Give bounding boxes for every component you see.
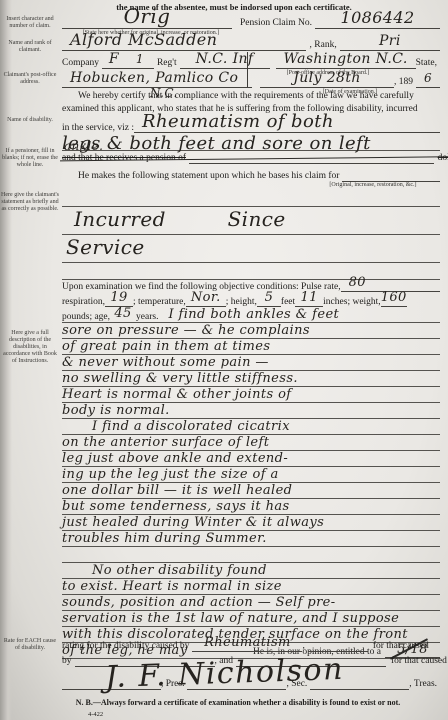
- certification-paragraph: We hereby certify that in compliance wit…: [62, 90, 440, 151]
- rating-disability-field: Rheumatism: [192, 633, 302, 652]
- board-po-field: Washington N.C.: [276, 50, 416, 69]
- temperature-field: Nor.: [186, 288, 226, 307]
- finding-line-5: Heart is normal & other joints of: [62, 387, 440, 403]
- respiration-label: respiration,: [62, 297, 105, 307]
- margin-label-disability: Name of disability.: [1, 117, 59, 124]
- claimant-name-value: Alford McSadden: [70, 30, 217, 49]
- regiment-field: N.C. Inf: [180, 50, 270, 69]
- exam-date-field: July 28th: [260, 69, 394, 88]
- statement-rule-2: Service: [62, 235, 440, 263]
- respiration-value: 19: [110, 290, 127, 305]
- finding-line-10: ing up the leg just the size of a: [62, 467, 440, 483]
- footer-note: N. B.—Always forward a certificate of ex…: [36, 698, 440, 707]
- finding-line-13: just healed during Winter & it always: [62, 515, 440, 531]
- height-label: ; height,: [226, 297, 257, 307]
- rank-field: Pri: [340, 32, 440, 51]
- finding-line-18: sounds, position and action — Self pre-: [62, 595, 440, 611]
- pension-claim-number-value: 1086442: [340, 8, 414, 27]
- finding-line-15: [62, 547, 440, 563]
- regiment-number-field: 1: [126, 50, 154, 69]
- feet-label: feet: [281, 297, 295, 307]
- statement-rule-1: Incurred Since: [62, 207, 440, 235]
- company-row: Company F 1 Reg't N.C. Inf Washington N.…: [62, 52, 440, 69]
- treas-signature-field: [310, 689, 409, 690]
- finding-line-1: sore on pressure — & he complains: [62, 323, 440, 339]
- disability-field-1: Rheumatism of both: [134, 111, 440, 133]
- disability-value-1: Rheumatism of both: [142, 111, 334, 132]
- claim-basis-hint: [Original, increase, restoration, &c.]: [308, 182, 438, 188]
- height-inches-value: 11: [301, 290, 318, 305]
- treas-label: , Treas.: [409, 679, 440, 690]
- finding-line-19: servation is the 1st law of nature, and …: [62, 611, 440, 627]
- finding-line-11: one dollar bill — it is well healed: [62, 483, 440, 499]
- weight-field: 160: [381, 288, 407, 307]
- finding-line-2: of great pain in them at times: [62, 339, 440, 355]
- form-number: 4-422: [88, 711, 103, 718]
- pension-examination-form: the name of the absentee, must be indors…: [0, 0, 448, 14]
- pension-claim-label: Pension Claim No.: [232, 18, 315, 29]
- margin-label-name-rank: Name and rank of claimant.: [1, 40, 59, 54]
- finding-line-0: I find both ankles & feet: [158, 307, 339, 322]
- for-that-caused-by-label: for that caused by: [386, 656, 448, 667]
- age-value: 45: [114, 306, 131, 321]
- pension-amount-field: [189, 163, 434, 164]
- certify-line-3: in the service, viz :: [62, 123, 134, 133]
- regiment-label: Reg't: [154, 58, 180, 69]
- rating-row-1: rating for the disability caused by Rheu…: [62, 638, 440, 652]
- temperature-label: ; temperature,: [133, 297, 186, 307]
- pension-clause-a: and that he receives a pension of: [62, 153, 189, 164]
- margin-label-claim: Insert character and number of claim.: [1, 16, 59, 30]
- claimant-name-field: Alford McSadden: [62, 30, 306, 51]
- finding-line-6: body is normal.: [62, 403, 440, 419]
- claim-number-row: Orig Pension Claim No. 1086442: [62, 10, 440, 29]
- pension-clause-b: dollars per month.: [434, 153, 448, 164]
- height-feet-field: 5: [257, 288, 281, 307]
- state-label: State,: [416, 58, 440, 69]
- margin-label-address: Claimant's post-office address.: [1, 72, 59, 86]
- year-prefix: , 189: [394, 77, 416, 88]
- regiment-number-value: 1: [136, 52, 144, 66]
- rank-value: Pri: [379, 33, 401, 49]
- finding-line-3: & never without some pain —: [62, 355, 440, 371]
- finding-line-9: leg just above ankle and extend-: [62, 451, 440, 467]
- height-feet-value: 5: [265, 290, 274, 305]
- temperature-value: Nor.: [191, 290, 221, 305]
- board-po-value: Washington N.C.: [284, 51, 408, 67]
- caused-by-label: rating for the disability caused by: [62, 641, 192, 652]
- disability-line-2: legs & both feet and sore on left: [62, 133, 440, 151]
- year-digit-field: 6: [416, 69, 440, 88]
- claim-basis-text: He makes the following statement upon wh…: [62, 171, 342, 182]
- finding-line-8: on the anterior surface of left: [62, 435, 440, 451]
- examination-section: Upon examination we find the following o…: [62, 277, 440, 659]
- name-rank-row: Alford McSadden , Rank, Pri: [62, 33, 440, 51]
- claim-basis-row: He makes the following statement upon wh…: [62, 168, 440, 182]
- margin-label-rate: Rate for EACH cause of disability.: [1, 638, 59, 652]
- pension-claim-number-field: 1086442: [315, 8, 440, 29]
- claim-character-field: Orig: [62, 4, 232, 29]
- company-value: F: [109, 51, 119, 67]
- exam-date-value: July 28th: [293, 70, 361, 86]
- claimant-statement-section: Incurred Since Service: [62, 190, 440, 280]
- for-that-caused-label: for that caused: [368, 641, 432, 652]
- disability-line-1: in the service, viz : Rheumatism of both: [62, 116, 440, 133]
- margin-label-pensioner: If a pensioner, fill in blanks; if not, …: [1, 148, 59, 169]
- finding-line-17: to exist. Heart is normal in size: [62, 579, 440, 595]
- pulse-value: 80: [349, 275, 366, 290]
- company-field: F: [102, 50, 126, 69]
- certify-line-1: We hereby certify that in compliance wit…: [62, 90, 440, 103]
- weight-value: 160: [381, 290, 407, 305]
- statement-value-1: Incurred Since: [62, 207, 286, 231]
- finding-line-7: I find a discolorated cicatrix: [62, 419, 440, 435]
- rating-disability-value: Rheumatism: [204, 635, 291, 650]
- margin-label-description: Here give a full description of the disa…: [1, 330, 59, 365]
- age-row: pounds; age, 45 years. I find both ankle…: [62, 307, 440, 323]
- height-inches-field: 11: [295, 288, 323, 307]
- finding-line-12: but some tenderness, says it has: [62, 499, 440, 515]
- year-digit-value: 6: [424, 71, 432, 85]
- inches-label: inches; weight,: [323, 297, 381, 307]
- by-label: by: [62, 656, 75, 667]
- years-label: years.: [136, 312, 158, 322]
- po-date-row: Hobucken, Pamlico Co July 28th , 189 6: [62, 71, 440, 88]
- statement-value-2: Service: [62, 235, 145, 259]
- finding-line-16: No other disability found: [62, 563, 440, 579]
- company-label: Company: [62, 58, 102, 69]
- margin-label-statement: Here give the claimant's statement as br…: [1, 192, 59, 213]
- regiment-value: N.C. Inf: [196, 51, 254, 67]
- statement-rule-0: [62, 190, 440, 207]
- finding-line-14: troubles him during Summer.: [62, 531, 440, 547]
- claim-character-value: Orig: [124, 4, 171, 28]
- pounds-label: pounds; age,: [62, 312, 110, 322]
- claimant-po-value: Hobucken, Pamlico Co: [70, 70, 238, 86]
- pension-clause-row: and that he receives a pension of dollar…: [62, 150, 448, 164]
- finding-line-4: no swelling & very little stiffness.: [62, 371, 440, 387]
- age-field: 45: [110, 304, 136, 322]
